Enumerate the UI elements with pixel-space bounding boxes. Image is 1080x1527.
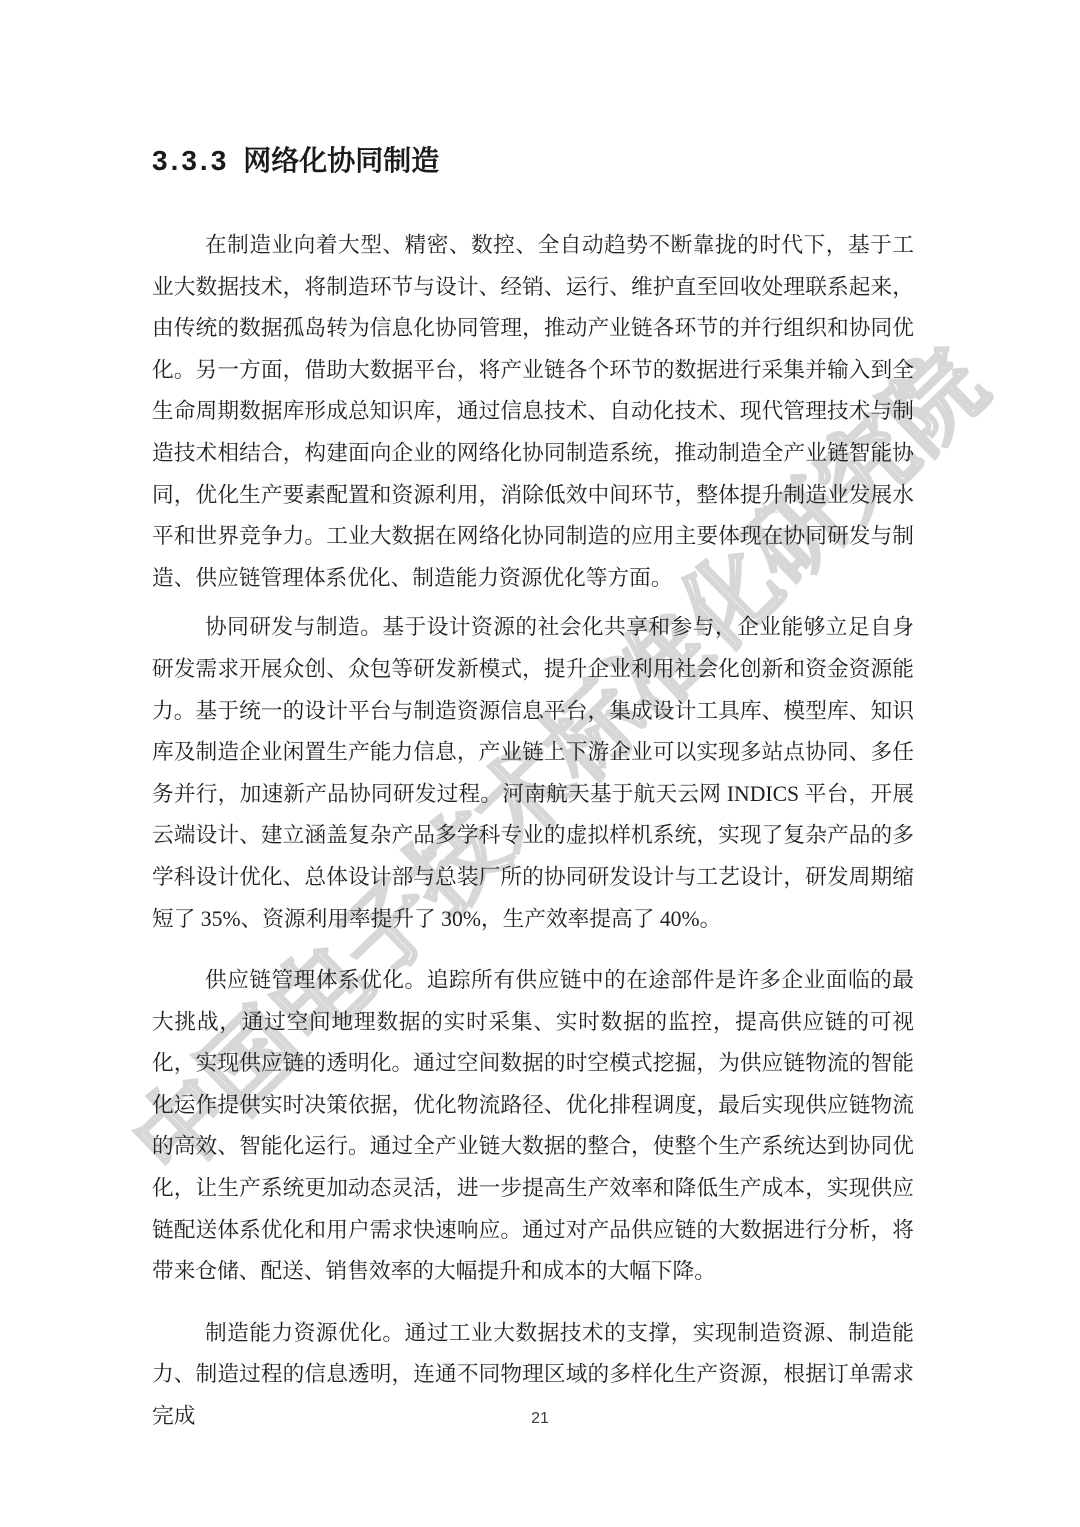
page-content: 3.3.3网络化协同制造 在制造业向着大型、精密、数控、全自动趋势不断靠拢的时代… — [152, 143, 914, 1438]
section-title: 网络化协同制造 — [243, 145, 439, 176]
section-heading: 3.3.3网络化协同制造 — [152, 143, 914, 179]
paragraph: 供应链管理体系优化。追踪所有供应链中的在途部件是许多企业面临的最大挑战，通过空间… — [152, 960, 914, 1293]
document-page: 中国电子技术标准化研究院 3.3.3网络化协同制造 在制造业向着大型、精密、数控… — [0, 0, 1080, 1527]
page-number: 21 — [0, 1410, 1080, 1428]
section-number: 3.3.3 — [152, 145, 229, 176]
paragraph: 在制造业向着大型、精密、数控、全自动趋势不断靠拢的时代下，基于工业大数据技术，将… — [152, 225, 914, 599]
paragraph: 协同研发与制造。基于设计资源的社会化共享和参与，企业能够立足自身研发需求开展众创… — [152, 607, 914, 940]
body-paragraphs: 在制造业向着大型、精密、数控、全自动趋势不断靠拢的时代下，基于工业大数据技术，将… — [152, 225, 914, 1438]
